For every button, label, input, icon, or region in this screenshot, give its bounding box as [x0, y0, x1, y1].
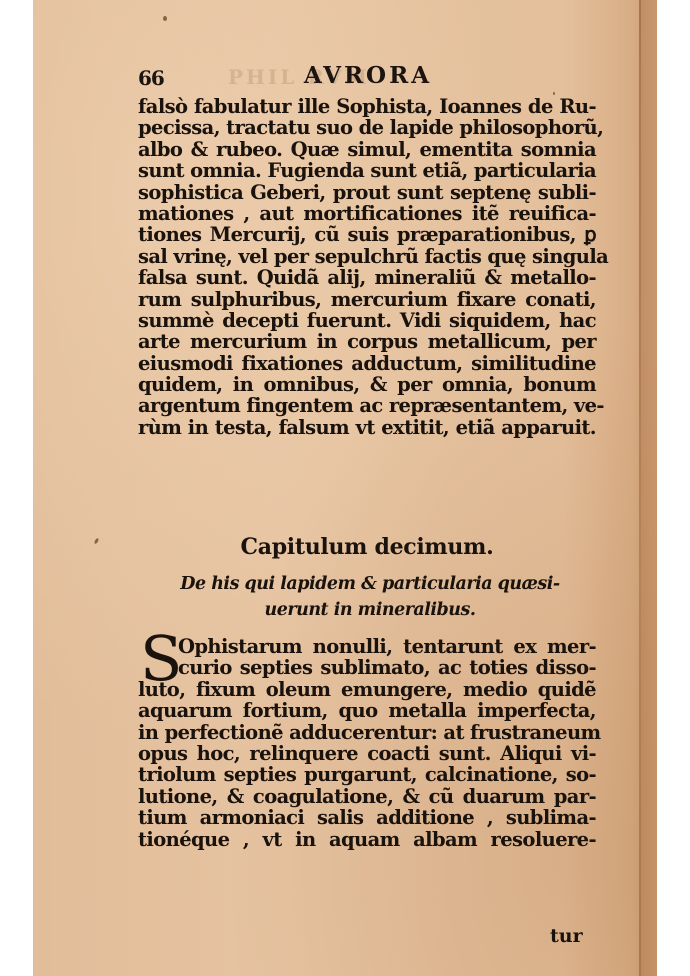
text-line: mationes , aut mortificationes itẽ reuif…	[138, 203, 596, 224]
chapter-subtitle-line: uerunt in mineralibus.	[150, 600, 590, 620]
text-line: sophistica Geberi, prout sunt septenę su…	[138, 182, 596, 203]
text-line: tionéque , vt in aquam albam resoluere-	[138, 829, 596, 850]
paper-speck	[94, 538, 100, 545]
text-line: argentum fingentem ac repræsentantem, ve…	[138, 395, 596, 416]
text-line: luto, fixum oleum emungere, medio quidẽ	[138, 679, 596, 700]
text-line: curio septies sublimato, ac toties disso…	[138, 657, 596, 678]
text-line: triolum septies purgarunt, calcinatione,…	[138, 764, 596, 785]
text-line: sunt omnia. Fugienda sunt etiã, particul…	[138, 160, 596, 181]
running-title: AVRORA	[138, 62, 598, 89]
page-fold-line	[639, 0, 641, 976]
page-header: PHIL RVM 66 AVRORA	[138, 62, 598, 92]
chapter-title: Capitulum decimum.	[138, 534, 596, 560]
text-line: albo & rubeo. Quæ simul, ementita somnia	[138, 139, 596, 160]
paper-speck	[163, 16, 167, 21]
chapter-subtitle-line: De his qui lapidem & particularia quæsi-	[150, 574, 590, 594]
text-line: summè decepti fuerunt. Vidi siquidem, ha…	[138, 310, 596, 331]
chapter-paragraph: Ophistarum nonulli, tentarunt ex mer- cu…	[138, 636, 596, 850]
catchword: tur	[550, 925, 583, 947]
text-line: sal vrinę, vel per sepulchrũ factis quę …	[138, 246, 596, 267]
text-line: arte mercurium in corpus metallicum, per	[138, 331, 596, 352]
text-line: rùm in testa, falsum vt extitit, etiã ap…	[138, 417, 596, 438]
text-line: falsa sunt. Quidã alij, mineraliũ & meta…	[138, 267, 596, 288]
text-line: eiusmodi fixationes adductum, similitudi…	[138, 353, 596, 374]
text-line: falsò fabulatur ille Sophista, Ioannes d…	[138, 96, 596, 117]
paragraph-continued: falsò fabulatur ille Sophista, Ioannes d…	[138, 96, 596, 438]
text-line: lutione, & coagulatione, & cũ duarum par…	[138, 786, 596, 807]
text-line: tiones Mercurij, cũ suis præparationibus…	[138, 224, 596, 245]
text-line: opus hoc, relinquere coacti sunt. Aliqui…	[138, 743, 596, 764]
text-line: pecissa, tractatu suo de lapide philosop…	[138, 117, 596, 138]
page-fold-shadow	[641, 0, 657, 976]
text-line: in perfectionẽ adducerentur: at frustran…	[138, 722, 596, 743]
text-line: quidem, in omnibus, & per omnia, bonum	[138, 374, 596, 395]
text-line: Ophistarum nonulli, tentarunt ex mer-	[138, 636, 596, 657]
text-line: tium armoniaci salis additione , sublima…	[138, 807, 596, 828]
text-line: rum sulphuribus, mercurium fixare conati…	[138, 289, 596, 310]
text-line: aquarum fortium, quo metalla imperfecta,	[138, 700, 596, 721]
